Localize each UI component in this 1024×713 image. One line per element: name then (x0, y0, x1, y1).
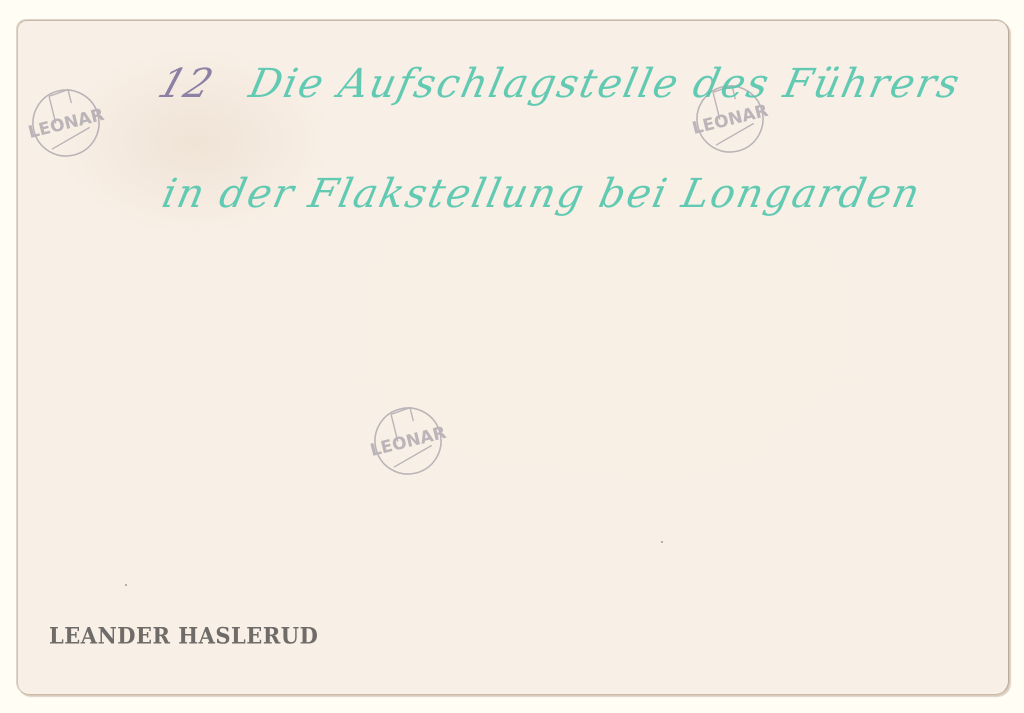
leonar-stamp-top-left: LEONAR (18, 75, 115, 172)
photo-card: LEONAR LEONAR LEONAR 12 Die Aufschlags (17, 20, 1009, 695)
watermark-text: LEANDER HASLERUD (49, 622, 318, 648)
scanned-photo-back: LEONAR LEONAR LEONAR 12 Die Aufschlags (0, 0, 1024, 713)
pencil-number: 12 (153, 61, 219, 107)
svg-text:LEONAR: LEONAR (26, 105, 106, 143)
handwritten-caption-line1: Die Aufschlagstelle des Führers (245, 61, 965, 107)
leonar-logo-icon: LEONAR (360, 393, 457, 490)
paper-speck (661, 541, 663, 543)
svg-text:LEONAR: LEONAR (368, 423, 448, 461)
leonar-logo-icon: LEONAR (18, 75, 115, 172)
paper-speck (125, 584, 127, 586)
handwritten-caption-line2: in der Flakstellung bei Longarden (158, 171, 925, 217)
leonar-stamp-center: LEONAR (360, 393, 457, 490)
